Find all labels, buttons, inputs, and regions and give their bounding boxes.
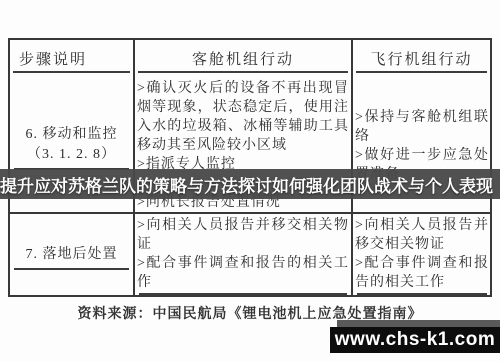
- step-title: 6. 移动和监控: [26, 123, 118, 143]
- header-cabin-label: 客舱机组行动: [192, 48, 294, 69]
- header-flight-label: 飞行机组行动: [370, 48, 472, 69]
- step-reference: （3. 1. 2. 8）: [27, 143, 116, 163]
- watermark-banner: 提升应对苏格兰队的策略与方法探讨如何强化团队战术与个人表现: [0, 169, 500, 199]
- procedure-table: 步骤说明 客舱机组行动 飞行机组行动 6. 移动和监控 （3. 1. 2. 8）…: [8, 38, 492, 297]
- header-cell-flight: 飞行机组行动: [353, 40, 490, 77]
- website-badge: www.chs-k1.com: [330, 327, 500, 353]
- header-cell-step: 步骤说明: [10, 40, 135, 77]
- watermark-text: 提升应对苏格兰队的策略与方法探讨如何强化团队战术与个人表现: [0, 172, 493, 197]
- action-item: >配合事件调查和报告的相关工作: [355, 254, 489, 292]
- cell-underline: [357, 293, 487, 295]
- cabin-actions-cell-7: >向相关人员报告并移交相关物证 >配合事件调查和报告的相关工作: [135, 214, 353, 295]
- header-underline: [138, 71, 348, 73]
- cell-underline: [14, 268, 130, 270]
- step-title: 7. 落地后处置: [26, 243, 118, 263]
- action-item: >配合事件调查和报告的相关工作: [137, 254, 349, 292]
- action-item: >向相关人员报告并移交相关物证: [137, 216, 349, 254]
- header-step-label: 步骤说明: [19, 48, 87, 69]
- document-page: 步骤说明 客舱机组行动 飞行机组行动 6. 移动和监控 （3. 1. 2. 8）…: [0, 0, 500, 362]
- action-item: >保持与客舱机组联络: [355, 108, 489, 146]
- header-cell-cabin: 客舱机组行动: [135, 40, 353, 77]
- site-strip: [337, 320, 500, 327]
- action-item: >确认灭火后的设备不再出现冒烟等现象，状态稳定后，使用注入水的垃圾箱、冰桶等辅助…: [137, 79, 349, 155]
- header-underline: [13, 71, 130, 73]
- cell-underline: [139, 293, 347, 295]
- website-url: www.chs-k1.com: [335, 329, 495, 351]
- step-cell-7: 7. 落地后处置: [10, 214, 135, 295]
- flight-actions-cell-7: >向相关人员报告并移交相关物证 >配合事件调查和报告的相关工作: [353, 214, 490, 295]
- header-underline: [356, 71, 487, 73]
- action-item: >向相关人员报告并移交相关物证: [355, 216, 489, 254]
